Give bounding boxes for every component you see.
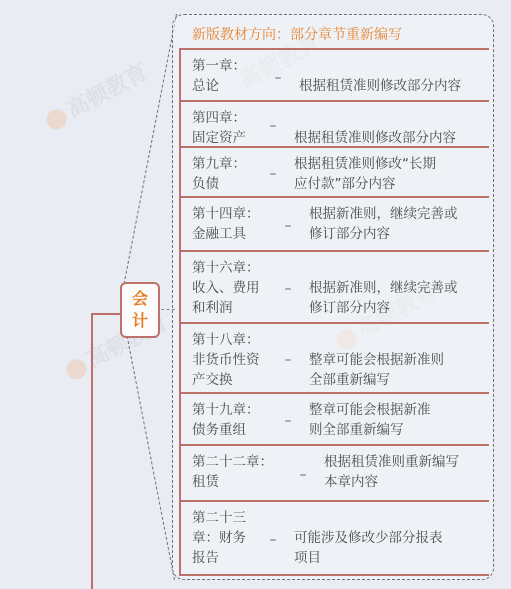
chapter-title: 第二十二章：租赁 bbox=[192, 452, 282, 492]
chapter-row[interactable]: 第二十二章：租赁根据租赁准则重新编写本章内容 bbox=[181, 446, 489, 502]
watermark: 高顿教育 bbox=[39, 56, 152, 136]
chapter-description-line: 应付款”部分内容 bbox=[294, 174, 436, 194]
chapter-row[interactable]: 第一章：总论根据租赁准则修改部分内容 bbox=[181, 48, 489, 102]
chapter-row[interactable]: 第四章：固定资产根据租赁准则修改部分内容 bbox=[181, 102, 489, 148]
chapter-title: 第四章：固定资产 bbox=[192, 108, 282, 148]
chapter-description-line: 全部重新编写 bbox=[309, 370, 444, 390]
chapter-description-line: 根据租赁准则修改部分内容 bbox=[299, 76, 461, 96]
chapter-title-line: 产交换 bbox=[192, 370, 282, 390]
chapter-title-line: 总论 bbox=[192, 76, 282, 96]
chapter-row[interactable]: 第十六章：收入、费用和利润根据新准则，继续完善或修订部分内容 bbox=[181, 252, 489, 324]
collapse-toggle-icon[interactable] bbox=[270, 125, 276, 127]
chapter-title-line: 第十四章： bbox=[192, 204, 282, 224]
collapse-toggle-icon[interactable] bbox=[285, 288, 291, 290]
collapse-toggle-icon[interactable] bbox=[285, 359, 291, 361]
chapter-title-line: 第二十三 bbox=[192, 508, 282, 528]
chapter-description-line: 根据租赁准则重新编写 bbox=[324, 452, 459, 472]
chapter-description-line: 本章内容 bbox=[324, 472, 459, 492]
chapter-row[interactable]: 第十四章：金融工具根据新准则，继续完善或修订部分内容 bbox=[181, 198, 489, 252]
chapter-description-line: 根据新准则，继续完善或 bbox=[309, 278, 458, 298]
chapter-description-line: 根据新准则，继续完善或 bbox=[309, 204, 458, 224]
watermark-logo-icon bbox=[43, 106, 70, 133]
trunk-line bbox=[91, 314, 93, 589]
chapter-title-line: 负债 bbox=[192, 174, 282, 194]
chapter-description-line: 修订部分内容 bbox=[309, 224, 458, 244]
chapter-row[interactable]: 第二十三章：财务报告可能涉及修改少部分报表项目 bbox=[181, 502, 489, 576]
chapter-description: 根据租赁准则修改部分内容 bbox=[294, 128, 456, 148]
chapter-title-line: 第十六章： bbox=[192, 258, 282, 278]
chapter-description-line: 项目 bbox=[294, 548, 443, 568]
chapter-title-line: 租赁 bbox=[192, 472, 282, 492]
chapter-list: 第一章：总论根据租赁准则修改部分内容第四章：固定资产根据租赁准则修改部分内容第九… bbox=[179, 48, 489, 576]
chapter-title-line: 债务重组 bbox=[192, 420, 282, 440]
chapter-row[interactable]: 第九章：负债根据租赁准则修改“长期应付款”部分内容 bbox=[181, 148, 489, 198]
root-node-accounting[interactable]: 会计 bbox=[120, 282, 160, 338]
chapter-description-line: 则全部重新编写 bbox=[309, 420, 431, 440]
chapter-description: 根据租赁准则修改“长期应付款”部分内容 bbox=[294, 154, 436, 194]
chapter-description: 根据租赁准则修改部分内容 bbox=[299, 76, 461, 96]
chapter-title-line: 章：财务 bbox=[192, 528, 282, 548]
chapter-description: 根据新准则，继续完善或修订部分内容 bbox=[309, 204, 458, 244]
chapter-title-line: 第九章： bbox=[192, 154, 282, 174]
chapter-row[interactable]: 第十九章：债务重组整章可能会根据新准则全部重新编写 bbox=[181, 394, 489, 446]
chapter-title-line: 第十九章： bbox=[192, 400, 282, 420]
chapter-description: 整章可能会根据新准则全部重新编写 bbox=[309, 400, 431, 440]
chapter-description: 整章可能会根据新准则全部重新编写 bbox=[309, 350, 444, 390]
root-connector bbox=[161, 309, 175, 310]
chapter-description-line: 整章可能会根据新准则 bbox=[309, 350, 444, 370]
chapter-title-line: 第一章： bbox=[192, 56, 282, 76]
chapter-title-line: 和利润 bbox=[192, 298, 282, 318]
chapter-description-line: 根据租赁准则修改“长期 bbox=[294, 154, 436, 174]
chapter-title: 第十四章：金融工具 bbox=[192, 204, 282, 244]
chapter-title-line: 第十八章： bbox=[192, 330, 282, 350]
watermark-text: 高顿教育 bbox=[63, 60, 152, 123]
chapter-description: 根据新准则，继续完善或修订部分内容 bbox=[309, 278, 458, 318]
chapter-description-line: 整章可能会根据新准 bbox=[309, 400, 431, 420]
chapter-title-line: 第四章： bbox=[192, 108, 282, 128]
chapter-description: 可能涉及修改少部分报表项目 bbox=[294, 528, 443, 568]
chapter-title: 第九章：负债 bbox=[192, 154, 282, 194]
chapter-description: 根据租赁准则重新编写本章内容 bbox=[324, 452, 459, 492]
chapter-title-line: 非货币性资 bbox=[192, 350, 282, 370]
chapter-row[interactable]: 第十八章：非货币性资产交换整章可能会根据新准则全部重新编写 bbox=[181, 324, 489, 394]
collapse-toggle-icon[interactable] bbox=[270, 539, 276, 541]
chapter-description-line: 根据租赁准则修改部分内容 bbox=[294, 128, 456, 148]
chapter-title: 第十六章：收入、费用和利润 bbox=[192, 258, 282, 318]
chapter-title-line: 报告 bbox=[192, 548, 282, 568]
chapter-title: 第一章：总论 bbox=[192, 56, 282, 96]
boundary-edge bbox=[68, 14, 177, 284]
chapter-description-line: 修订部分内容 bbox=[309, 298, 458, 318]
group-header: 新版教材方向：部分章节重新编写 bbox=[192, 24, 402, 44]
trunk-elbow bbox=[91, 313, 123, 315]
chapter-title: 第十八章：非货币性资产交换 bbox=[192, 330, 282, 390]
chapter-title-line: 第二十二章： bbox=[192, 452, 282, 472]
root-node-label: 会计 bbox=[131, 288, 149, 332]
chapter-title-line: 收入、费用 bbox=[192, 278, 282, 298]
chapter-title: 第十九章：债务重组 bbox=[192, 400, 282, 440]
collapse-toggle-icon[interactable] bbox=[275, 77, 281, 79]
collapse-toggle-icon[interactable] bbox=[270, 173, 276, 175]
watermark-logo-icon bbox=[63, 356, 90, 383]
chapter-title-line: 金融工具 bbox=[192, 224, 282, 244]
collapse-toggle-icon[interactable] bbox=[300, 474, 306, 476]
collapse-toggle-icon[interactable] bbox=[285, 420, 291, 422]
collapse-toggle-icon[interactable] bbox=[285, 225, 291, 227]
chapter-description-line: 可能涉及修改少部分报表 bbox=[294, 528, 443, 548]
chapter-title-line: 固定资产 bbox=[192, 128, 282, 148]
chapter-title: 第二十三章：财务报告 bbox=[192, 508, 282, 568]
